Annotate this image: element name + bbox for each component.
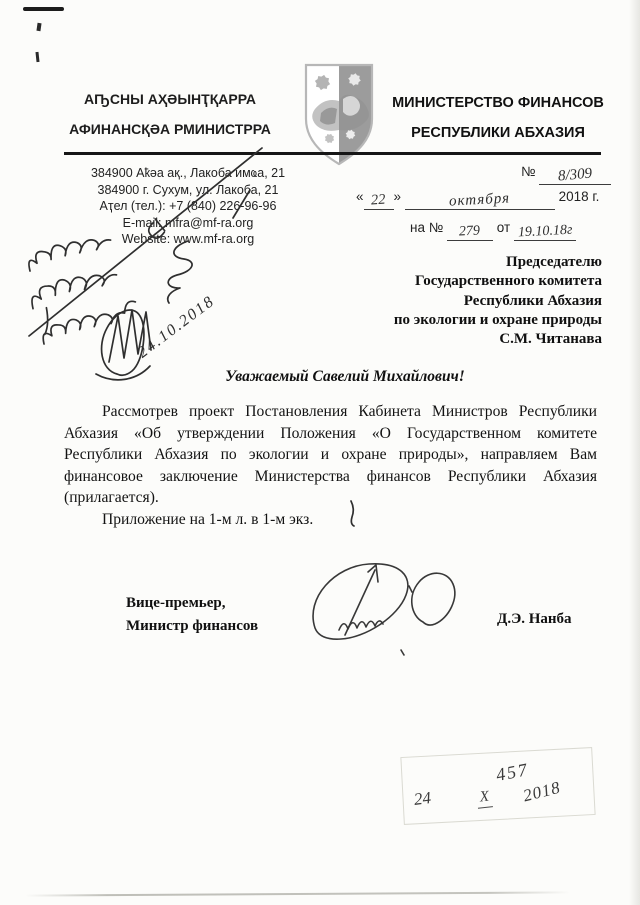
attachment-line: Приложение на 1-м л. в 1-м экз.	[64, 509, 597, 531]
letterhead-abkhazian-name: АҦСНЫ АҲӘЫНҬҚАРРА АФИНАНСҚӘА РМИНИСТРРА	[52, 84, 288, 144]
addressee-block: Председателю Государственного комитета Р…	[260, 253, 602, 349]
addressee-line: Председателю	[260, 253, 602, 272]
handwritten-month: октября	[449, 190, 511, 210]
handwritten-resolution-date: 24.10.2018	[135, 292, 219, 362]
outgoing-number-field: № 8/309	[521, 164, 611, 185]
address-line-russian: 384900 г. Сухум, ул. Лакоба, 21	[66, 182, 310, 199]
signer-position-line1: Вице-премьер,	[126, 592, 258, 615]
minister-signature-ink	[313, 564, 455, 655]
signer-position-line2: Министр финансов	[126, 615, 258, 638]
handwritten-reply-date: 19.10.18г	[517, 223, 572, 242]
scan-artifact-bar	[23, 7, 64, 11]
signer-position: Вице-премьер, Министр финансов	[126, 592, 258, 637]
address-line-abkhazian: 384900 Аҟәа ақ., Лакоба имҩа, 21	[66, 165, 310, 182]
addressee-name: С.М. Читанава	[260, 330, 602, 349]
addressee-line: Республики Абхазия	[260, 292, 602, 311]
handwritten-reply-number: 279	[459, 223, 481, 240]
signer-name: Д.Э. Нанба	[497, 611, 572, 628]
handwritten-outgoing-number: 8/309	[557, 166, 593, 186]
handwritten-registration-day: 24	[413, 788, 432, 810]
letterhead-divider	[64, 152, 601, 155]
org-name-russian-line2: РЕСПУБЛИКИ АБХАЗИЯ	[384, 118, 612, 148]
close-quote: »	[394, 189, 402, 204]
body-paragraph: Рассмотрев проект Постановления Кабинета…	[64, 401, 597, 509]
handwritten-registration-month: X	[476, 788, 493, 808]
number-underline: 8/309	[539, 167, 611, 185]
website-line: Website: www.mf-ra.org	[66, 231, 310, 248]
org-name-abkhazian-line2: АФИНАНСҚӘА РМИНИСТРРА	[52, 114, 288, 144]
letterhead-russian-name: МИНИСТЕРСТВО ФИНАНСОВ РЕСПУБЛИКИ АБХАЗИЯ	[384, 88, 612, 148]
email-line: E-mail: mfra@mf-ra.org	[66, 215, 310, 232]
reply-date-underline: 19.10.18г	[514, 223, 576, 241]
scan-artifact-mark	[35, 52, 39, 62]
scan-artifact-mark	[36, 23, 41, 31]
address-block: 384900 Аҟәа ақ., Лакоба имҩа, 21 384900 …	[66, 165, 310, 248]
reply-number-underline: 279	[447, 223, 493, 241]
letter-body: Рассмотрев проект Постановления Кабинета…	[64, 401, 597, 531]
month-underline: октября	[405, 192, 555, 210]
org-name-russian-line1: МИНИСТЕРСТВО ФИНАНСОВ	[384, 88, 612, 118]
year-suffix: 2018 г.	[559, 189, 600, 204]
salutation: Уважаемый Савелий Михайлович!	[120, 368, 570, 386]
addressee-line: по экологии и охране природы	[260, 311, 602, 330]
from-label: от	[497, 220, 510, 235]
org-name-abkhazian-line1: АҦСНЫ АҲӘЫНҬҚАРРА	[52, 84, 288, 114]
scan-edge-shadow	[629, 0, 640, 905]
day-underline: 22	[364, 192, 394, 210]
phone-line: Аҭел (тел.): +7 (840) 226-96-96	[66, 198, 310, 215]
outgoing-date-field: «22» октября 2018 г.	[356, 189, 599, 210]
scan-page-edge-shadow	[25, 891, 570, 896]
reply-label: на №	[410, 220, 443, 235]
scanned-letter-page: АҦСНЫ АҲӘЫНҬҚАРРА АФИНАНСҚӘА РМИНИСТРРА	[0, 0, 640, 905]
addressee-line: Государственного комитета	[260, 272, 602, 291]
open-quote: «	[356, 189, 364, 204]
handwritten-day: 22	[371, 192, 387, 210]
reply-reference-field: на № 279 от 19.10.18г	[410, 220, 576, 241]
number-label: №	[521, 164, 535, 179]
